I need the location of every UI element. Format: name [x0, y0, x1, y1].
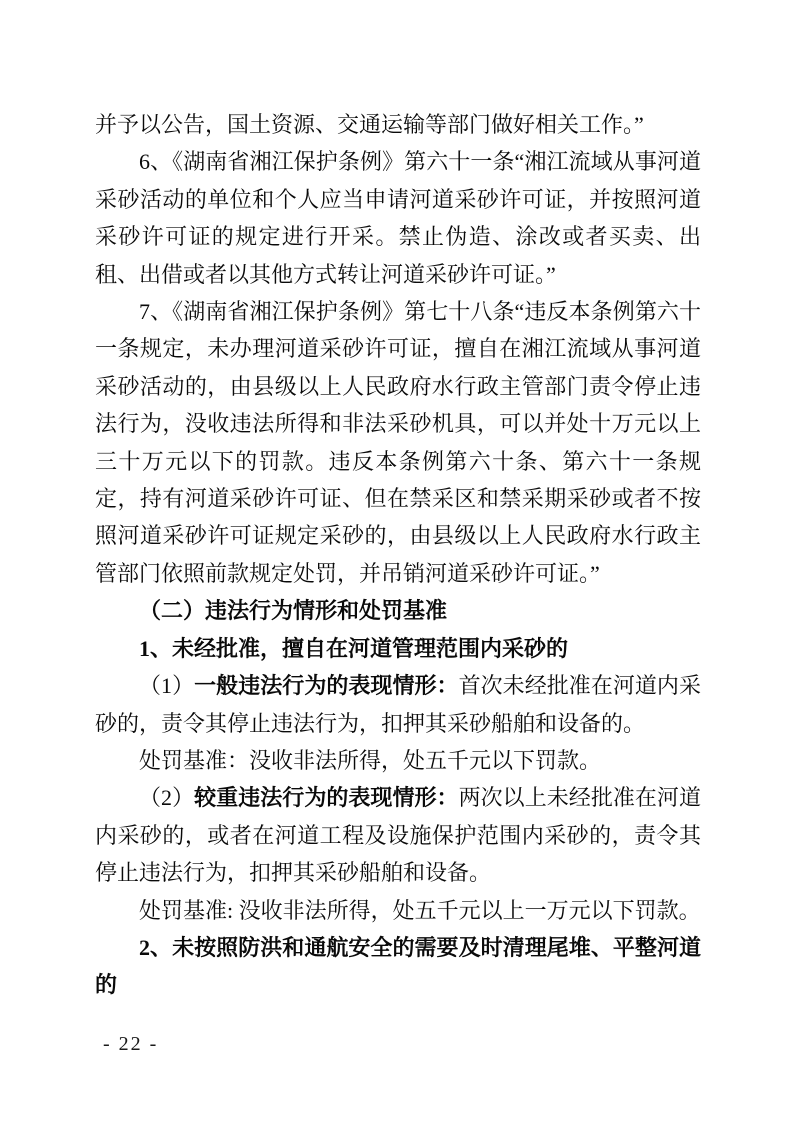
bold-text-segment: 一般违法行为的表现情形：	[194, 673, 458, 698]
para-general-violation: （1）一般违法行为的表现情形：首次未经批准在河道内采砂的，责令其停止违法行为，扣…	[95, 667, 701, 742]
text-segment: 并予以公告，国土资源、交通运输等部门做好相关工作。”	[95, 112, 644, 137]
para-penalty-standard-2: 处罚基准: 没收非法所得，处五千元以上一万元以下罚款。	[95, 892, 701, 929]
heading-item-1: 1、未经批准，擅自在河道管理范围内采砂的	[95, 630, 701, 667]
text-segment: 6、《湖南省湘江保护条例》第六十一条“湘江流域从事河道采砂活动的单位和个人应当申…	[95, 149, 701, 286]
heading-item-2: 2、未按照防洪和通航安全的需要及时清理尾堆、平整河道的	[95, 929, 701, 1004]
text-segment: （2）	[139, 785, 194, 810]
para-item-6: 6、《湖南省湘江保护条例》第六十一条“湘江流域从事河道采砂活动的单位和个人应当申…	[95, 143, 701, 293]
bold-text-segment: 较重违法行为的表现情形：	[194, 785, 458, 810]
page-number: - 22 -	[103, 1030, 158, 1058]
heading-section-two: （二）违法行为情形和处罚基准	[95, 592, 701, 629]
para-serious-violation: （2）较重违法行为的表现情形：两次以上未经批准在河道内采砂的，或者在河道工程及设…	[95, 779, 701, 891]
bold-text-segment: 2、未按照防洪和通航安全的需要及时清理尾堆、平整河道的	[95, 935, 701, 997]
text-segment: 处罚基准：没收非法所得，处五千元以下罚款。	[139, 748, 601, 773]
text-segment: （1）	[139, 673, 194, 698]
para-penalty-standard-1: 处罚基准：没收非法所得，处五千元以下罚款。	[95, 742, 701, 779]
document-body: 并予以公告，国土资源、交通运输等部门做好相关工作。”6、《湖南省湘江保护条例》第…	[95, 106, 701, 1004]
bold-text-segment: （二）违法行为情形和处罚基准	[139, 598, 447, 623]
text-segment: 7、《湖南省湘江保护条例》第七十八条“违反本条例第六十一条规定，未办理河道采砂许…	[95, 299, 701, 586]
text-segment: 处罚基准: 没收非法所得，处五千元以上一万元以下罚款。	[139, 898, 701, 923]
document-page: 并予以公告，国土资源、交通运输等部门做好相关工作。”6、《湖南省湘江保护条例》第…	[0, 0, 793, 1122]
bold-text-segment: 1、未经批准，擅自在河道管理范围内采砂的	[139, 636, 568, 661]
para-continuation: 并予以公告，国土资源、交通运输等部门做好相关工作。”	[95, 106, 701, 143]
para-item-7: 7、《湖南省湘江保护条例》第七十八条“违反本条例第六十一条规定，未办理河道采砂许…	[95, 293, 701, 592]
